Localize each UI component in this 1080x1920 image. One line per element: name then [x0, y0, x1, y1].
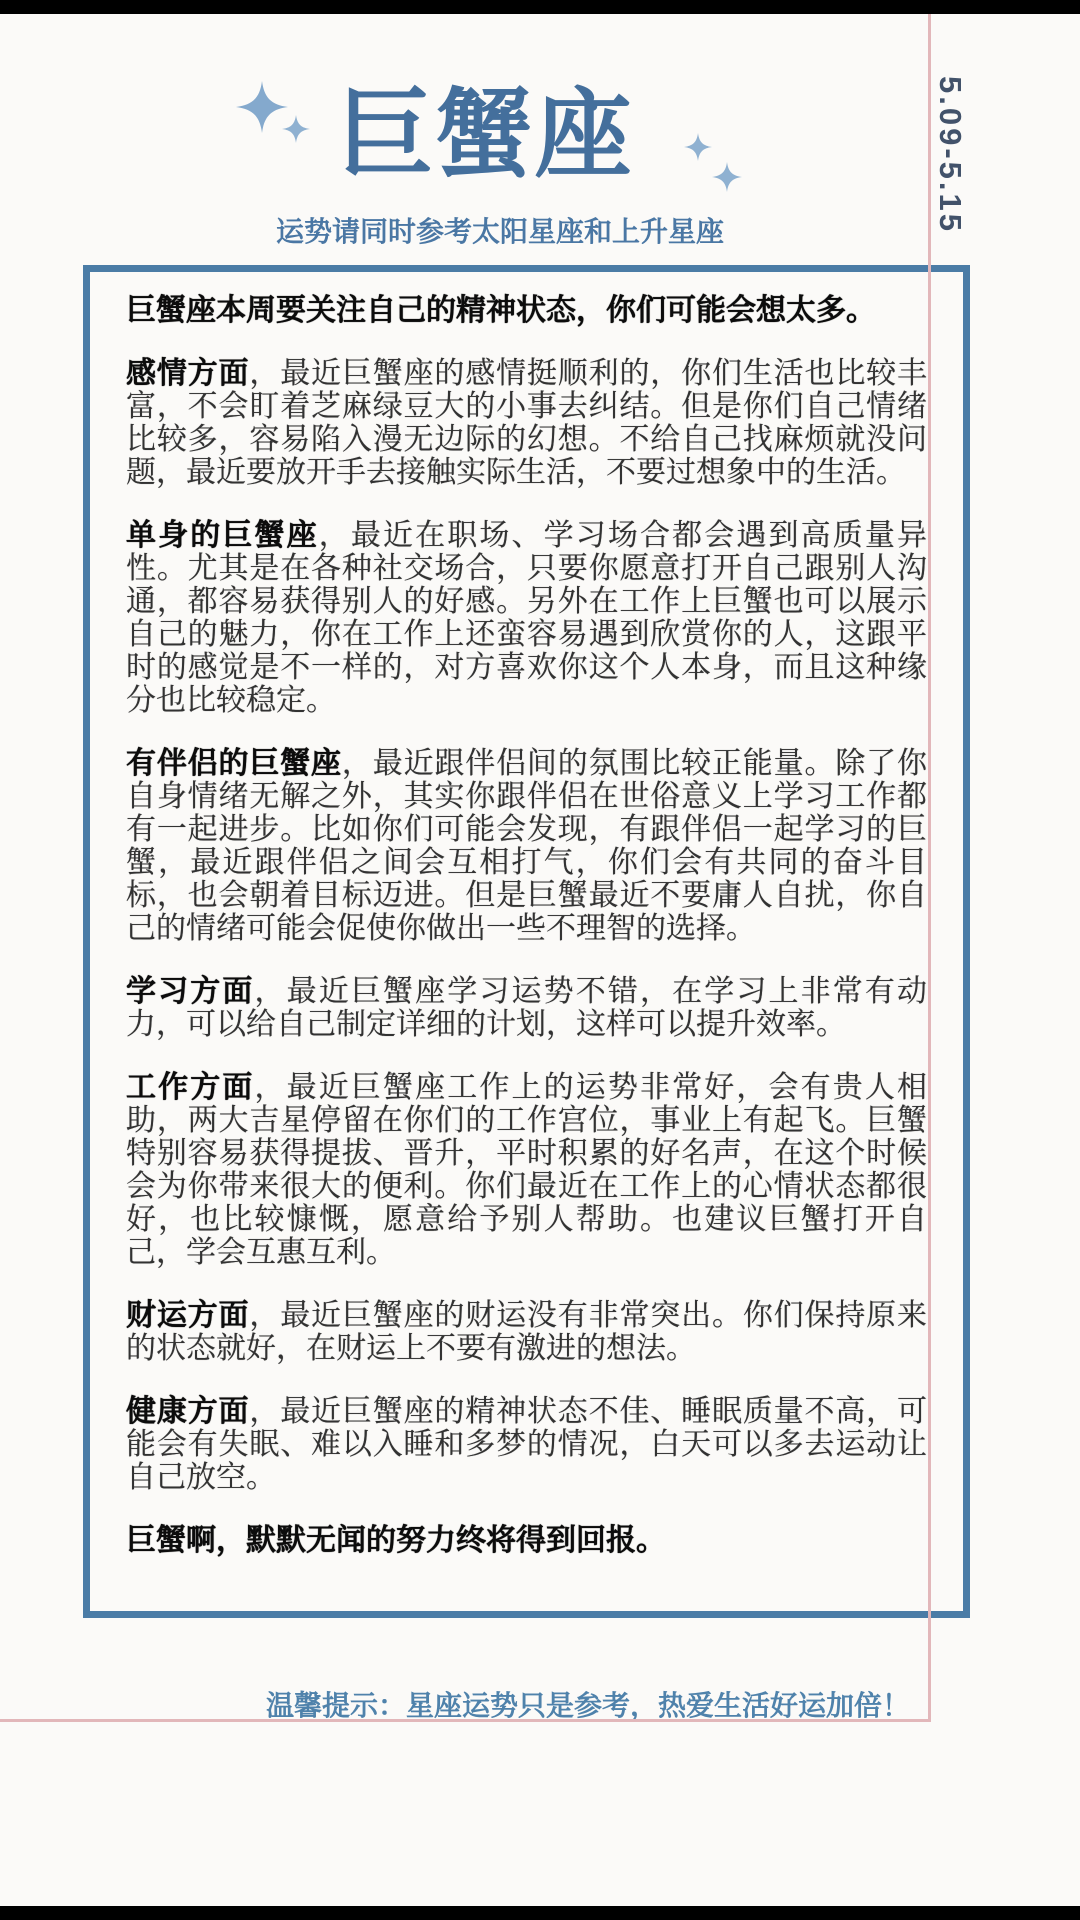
section-lead: 学习方面	[126, 975, 255, 1008]
pink-vertical-line	[928, 14, 931, 1722]
page-subtitle: 运势请同时参考太阳星座和上升星座	[0, 210, 1000, 250]
section-lead: 感情方面	[126, 357, 249, 390]
bottom-black-bar	[0, 1906, 1080, 1920]
section-paragraph: 学习方面，最近巨蟹座学习运势不错，在学习上非常有动力，可以给自己制定详细的计划，…	[126, 975, 927, 1041]
intro-line: 巨蟹座本周要关注自己的精神状态，你们可能会想太多。	[126, 294, 927, 327]
section-paragraph: 感情方面，最近巨蟹座的感情挺顺利的，你们生活也比较丰富，不会盯着芝麻绿豆大的小事…	[126, 357, 927, 489]
pink-horizontal-line	[0, 1719, 931, 1722]
section-lead: 财运方面	[126, 1299, 249, 1332]
top-black-bar	[0, 0, 1080, 14]
section-list: 感情方面，最近巨蟹座的感情挺顺利的，你们生活也比较丰富，不会盯着芝麻绿豆大的小事…	[126, 357, 927, 1494]
horoscope-page: { "page": { "date_range": "5.09-5.15", "…	[0, 0, 1080, 1920]
footer-tip: 温馨提示：星座运势只是参考，热爱生活好运加倍！	[0, 1684, 910, 1724]
section-paragraph: 工作方面，最近巨蟹座工作上的运势非常好，会有贵人相助，两大吉星停留在你们的工作宫…	[126, 1071, 927, 1269]
section-paragraph: 财运方面，最近巨蟹座的财运没有非常突出。你们保持原来的状态就好，在财运上不要有激…	[126, 1299, 927, 1365]
section-lead: 工作方面	[126, 1071, 255, 1104]
section-lead: 健康方面	[126, 1395, 249, 1428]
page-title: 巨蟹座	[0, 80, 970, 190]
section-lead: 单身的巨蟹座	[126, 519, 319, 552]
horoscope-content-box: 巨蟹座本周要关注自己的精神状态，你们可能会想太多。 感情方面，最近巨蟹座的感情挺…	[83, 265, 970, 1618]
section-lead: 有伴侣的巨蟹座	[126, 747, 342, 780]
date-range-label: 5.09-5.15	[932, 76, 968, 234]
section-paragraph: 健康方面，最近巨蟹座的精神状态不佳、睡眠质量不高，可能会有失眠、难以入睡和多梦的…	[126, 1395, 927, 1494]
outro-line: 巨蟹啊，默默无闻的努力终将得到回报。	[126, 1524, 927, 1557]
section-paragraph: 单身的巨蟹座，最近在职场、学习场合都会遇到高质量异性。尤其是在各种社交场合，只要…	[126, 519, 927, 717]
section-paragraph: 有伴侣的巨蟹座，最近跟伴侣间的氛围比较正能量。除了你自身情绪无解之外，其实你跟伴…	[126, 747, 927, 945]
